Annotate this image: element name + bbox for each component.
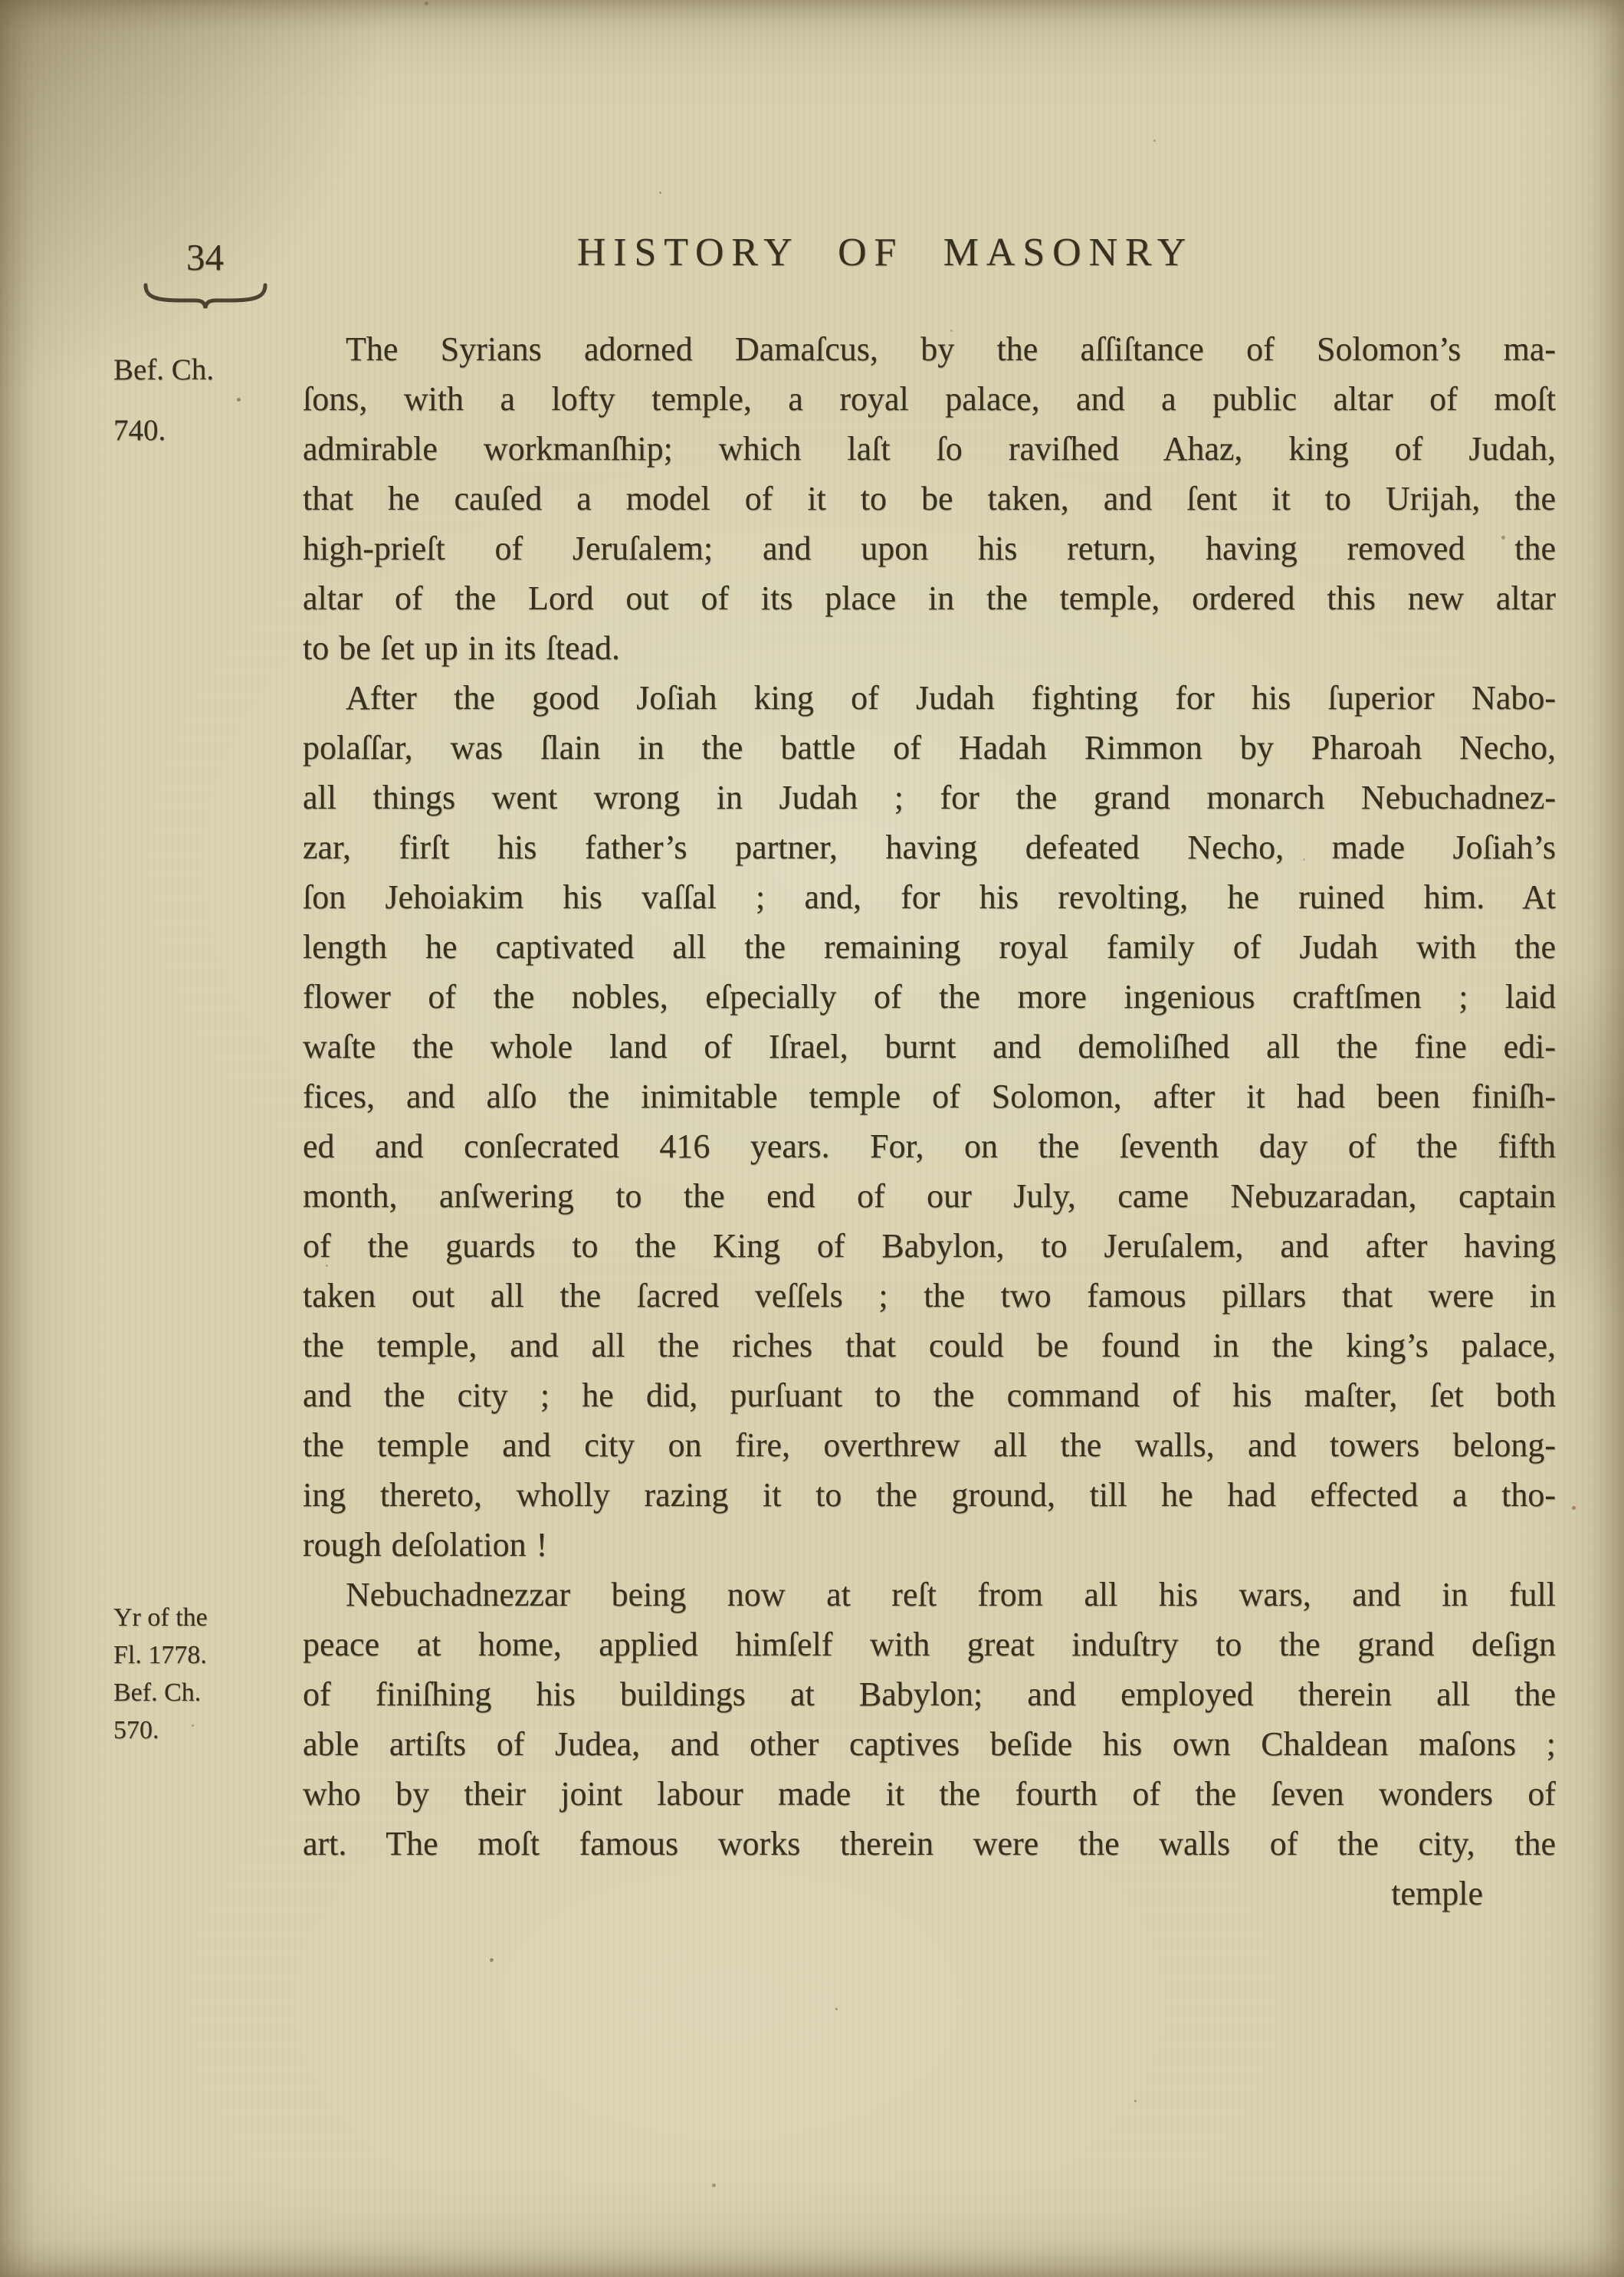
text-line: art. The moſt famous works therein were … (303, 1819, 1556, 1869)
text-line: rough deſolation ! (303, 1520, 1556, 1570)
paragraph: The Syrians adorned Damaſcus, by the aſſ… (303, 324, 1556, 673)
margin-note-line: Yr of the (113, 1599, 305, 1636)
text-line: month, anſwering to the end of our July,… (303, 1171, 1556, 1221)
margin-note-line: 740. (113, 400, 305, 461)
text-line: of the guards to the King of Babylon, to… (303, 1221, 1556, 1271)
text-line: high-prieſt of Jeruſalem; and upon his r… (303, 523, 1556, 573)
text-line: The Syrians adorned Damaſcus, by the aſſ… (303, 324, 1556, 374)
text-line: that he cauſed a model of it to be taken… (303, 474, 1556, 523)
text-line: and the city ; he did, purſuant to the c… (303, 1370, 1556, 1420)
catchword-row: temple (303, 1869, 1556, 1918)
text-line: to be ſet up in its ſtead. (303, 623, 1556, 673)
page-number-underbrace-icon (141, 281, 270, 311)
text-line: altar of the Lord out of its place in th… (303, 573, 1556, 623)
margin-note-chronology-1: Bef. Ch.740. (113, 340, 305, 461)
text-line: of finiſhing his buildings at Babylon; a… (303, 1669, 1556, 1719)
body-text: The Syrians adorned Damaſcus, by the aſſ… (303, 324, 1556, 1869)
text-line: polaſſar, was ſlain in the battle of Had… (303, 723, 1556, 773)
book-page-scan: 34 HISTORY OF MASONRY Bef. Ch.740. Yr of… (0, 0, 1624, 2277)
text-line: ſon Jehoiakim his vaſſal ; and, for his … (303, 872, 1556, 922)
text-line: After the good Joſiah king of Judah figh… (303, 673, 1556, 723)
text-line: the temple, and all the riches that coul… (303, 1321, 1556, 1370)
margin-note-line: Fl. 1778. (113, 1636, 305, 1674)
text-line: admirable workmanſhip; which laſt ſo rav… (303, 424, 1556, 474)
text-line: fices, and alſo the inimitable temple of… (303, 1071, 1556, 1121)
margin-note-chronology-2: Yr of theFl. 1778.Bef. Ch.570. (113, 1599, 305, 1749)
margin-note-line: Bef. Ch. (113, 1674, 305, 1711)
text-line: ſons, with a lofty temple, a royal palac… (303, 374, 1556, 424)
text-line: all things went wrong in Judah ; for the… (303, 773, 1556, 822)
text-line: Nebuchadnezzar being now at reſt from al… (303, 1570, 1556, 1619)
text-line: ing thereto, wholly razing it to the gro… (303, 1470, 1556, 1520)
text-line: ed and conſecrated 416 years. For, on th… (303, 1121, 1556, 1171)
page-number: 34 (138, 236, 272, 279)
text-line: flower of the nobles, eſpecially of the … (303, 972, 1556, 1022)
margin-note-line: Bef. Ch. (113, 340, 305, 400)
paper-specks (0, 0, 2, 2)
text-line: the temple and city on fire, overthrew a… (303, 1420, 1556, 1470)
text-line: waſte the whole land of Iſrael, burnt an… (303, 1022, 1556, 1071)
text-line: able artiſts of Judea, and other captive… (303, 1719, 1556, 1769)
catchword: temple (1391, 1875, 1483, 1912)
paragraph: Nebuchadnezzar being now at reſt from al… (303, 1570, 1556, 1869)
text-line: peace at home, applied himſelf with grea… (303, 1619, 1556, 1669)
text-line: length he captivated all the remaining r… (303, 922, 1556, 972)
paragraph: After the good Joſiah king of Judah figh… (303, 673, 1556, 1570)
margin-note-line: 570. (113, 1711, 305, 1749)
text-line: zar, firſt his father’s partner, having … (303, 822, 1556, 872)
running-header: HISTORY OF MASONRY (261, 230, 1510, 275)
page-number-group: 34 (138, 236, 272, 311)
text-line: taken out all the ſacred veſſels ; the t… (303, 1271, 1556, 1321)
text-line: who by their joint labour made it the fo… (303, 1769, 1556, 1819)
